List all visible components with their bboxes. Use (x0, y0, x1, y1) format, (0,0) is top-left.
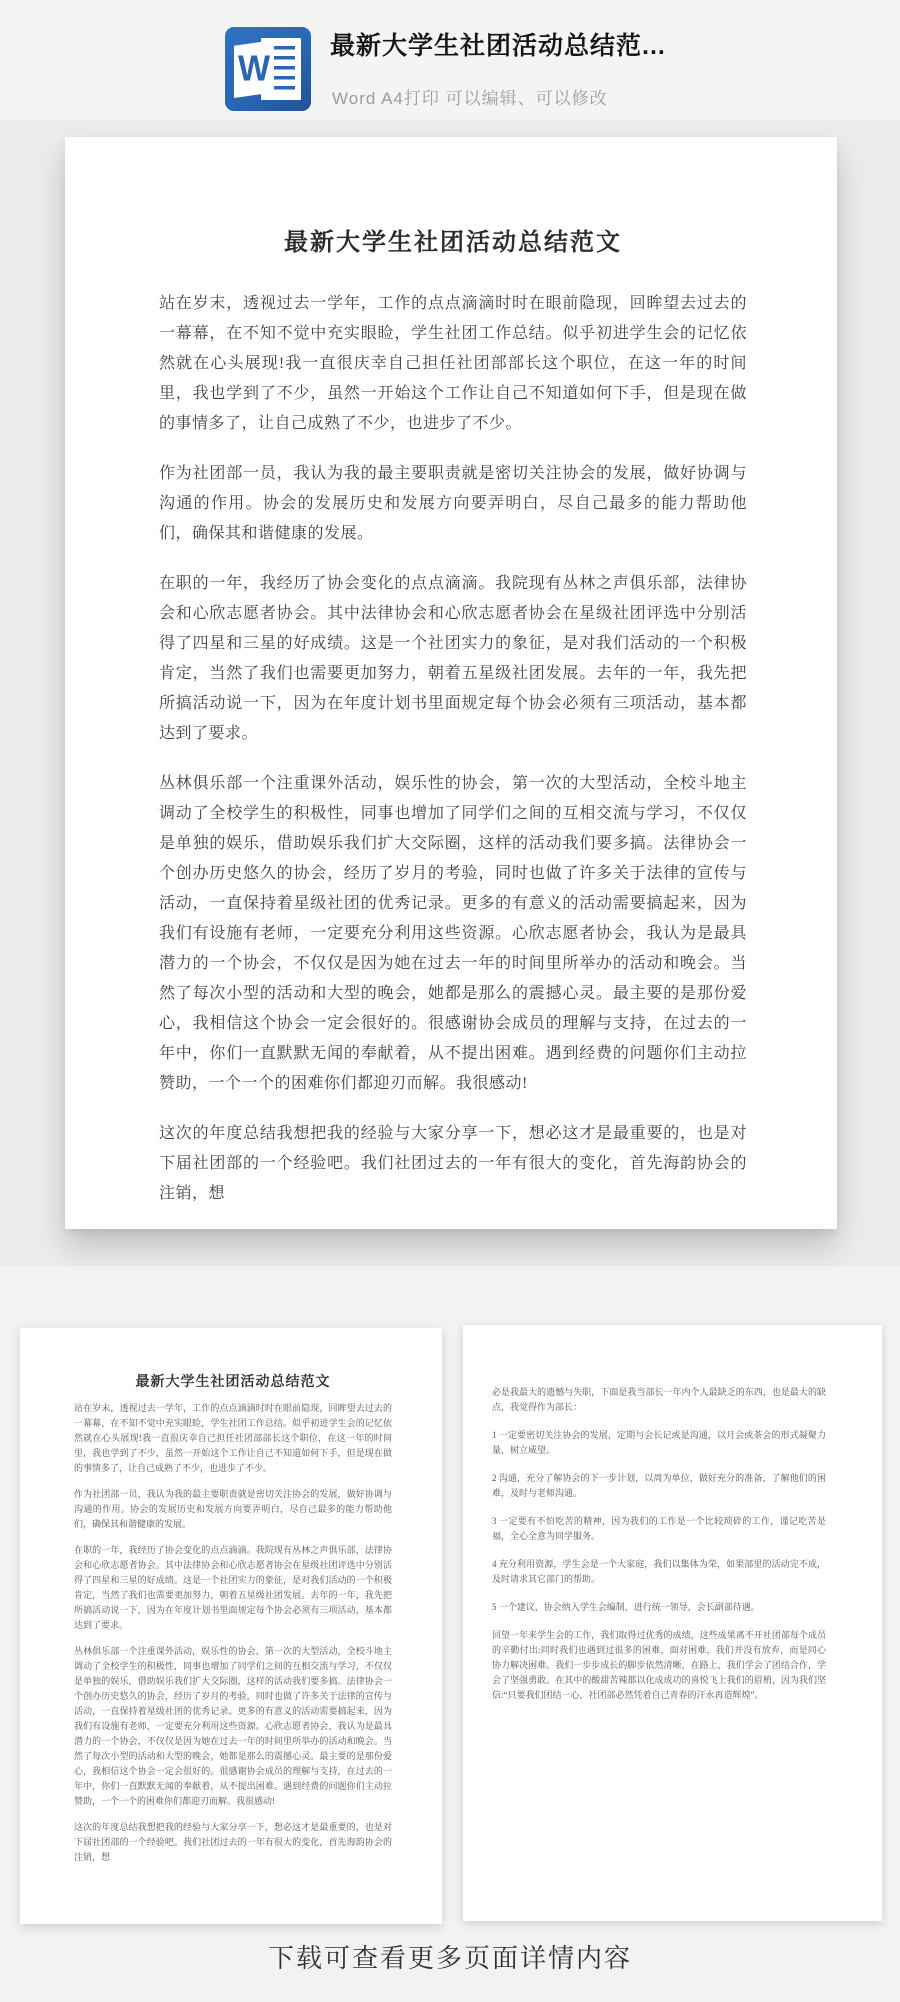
page-1-large-preview: 最新大学生社团活动总结范文 站在岁末，透视过去一学年，工作的点点滴滴时时在眼前隐… (65, 137, 837, 1229)
page-2-thumbnail-content: 必是我最大的遗憾与失职，下面是我当部长一年内个人最缺乏的东西，也是最大的缺点，我… (463, 1325, 882, 1703)
paragraph: 这次的年度总结我想把我的经验与大家分享一下，想必这才是最重要的，也是对下届社团部… (74, 1820, 392, 1865)
paragraph: 5 一个建议，协会纳入学生会编制，进行统一领导，会长副部待遇。 (492, 1600, 826, 1615)
page-2-thumbnail[interactable]: 必是我最大的遗憾与失职，下面是我当部长一年内个人最缺乏的东西，也是最大的缺点，我… (463, 1325, 882, 1921)
header: W 最新大学生社团活动总结范... Word A4打印 可以编辑、可以修改 (0, 0, 900, 120)
page-2-thumbnail-body: 必是我最大的遗憾与失职，下面是我当部长一年内个人最缺乏的东西，也是最大的缺点，我… (492, 1385, 826, 1703)
thumbnails-section: 最新大学生社团活动总结范文 站在岁末，透视过去一学年，工作的点点滴滴时时在眼前隐… (0, 1266, 900, 2002)
download-hint-text: 下载可查看更多页面详情内容 (0, 1938, 900, 1975)
page-1-thumbnail-title: 最新大学生社团活动总结范文 (74, 1374, 392, 1392)
preview-section: 最新大学生社团活动总结范文 站在岁末，透视过去一学年，工作的点点滴滴时时在眼前隐… (0, 120, 900, 1266)
paragraph: 2 沟通，充分了解协会的下一步计划，以周为单位，做好充分的准备，了解他们的困难，… (492, 1471, 826, 1501)
paragraph: 作为社团部一员，我认为我的最主要职责就是密切关注协会的发展，做好协调与沟通的作用… (74, 1487, 392, 1532)
document-title: 最新大学生社团活动总结范... (330, 26, 666, 62)
paragraph: 4 充分利用资源，学生会是一个大家庭，我们以集体为荣，如果部里的活动完不成，及时… (492, 1557, 826, 1587)
paragraph: 站在岁末，透视过去一学年，工作的点点滴滴时时在眼前隐现，回眸望去过去的一幕幕，在… (159, 289, 747, 439)
word-icon-letter: W (238, 51, 270, 87)
paragraph: 回望一年来学生会的工作，我们取得过优秀的成绩，这些成果离不开社团部每个成员的辛勤… (492, 1628, 826, 1703)
word-icon-folded-page: W (234, 40, 274, 98)
paragraph: 在职的一年，我经历了协会变化的点点滴滴。我院现有丛林之声俱乐部，法律协会和心欣志… (74, 1543, 392, 1633)
page-1-content: 最新大学生社团活动总结范文 站在岁末，透视过去一学年，工作的点点滴滴时时在眼前隐… (65, 137, 837, 1209)
paragraph: 在职的一年，我经历了协会变化的点点滴滴。我院现有丛林之声俱乐部，法律协会和心欣志… (159, 569, 747, 749)
page-1-title: 最新大学生社团活动总结范文 (159, 229, 747, 257)
page-1-thumbnail[interactable]: 最新大学生社团活动总结范文 站在岁末，透视过去一学年，工作的点点滴滴时时在眼前隐… (20, 1328, 442, 1924)
word-file-icon: W (225, 27, 311, 111)
page-1-body: 站在岁末，透视过去一学年，工作的点点滴滴时时在眼前隐现，回眸望去过去的一幕幕，在… (159, 289, 747, 1209)
document-format-subtitle: Word A4打印 可以编辑、可以修改 (332, 84, 608, 109)
page-1-thumbnail-body: 站在岁末，透视过去一学年，工作的点点滴滴时时在眼前隐现，回眸望去过去的一幕幕，在… (74, 1401, 392, 1865)
paragraph: 丛林俱乐部一个注重课外活动，娱乐性的协会，第一次的大型活动，全校斗地主调动了全校… (74, 1644, 392, 1809)
paragraph: 1 一定要密切关注协会的发展，定期与会长记或是沟通，以月会或茶会的形式凝聚力量，… (492, 1428, 826, 1458)
paragraph: 丛林俱乐部一个注重课外活动，娱乐性的协会，第一次的大型活动，全校斗地主调动了全校… (159, 769, 747, 1099)
paragraph: 这次的年度总结我想把我的经验与大家分享一下，想必这才是最重要的，也是对下届社团部… (159, 1119, 747, 1209)
paragraph: 作为社团部一员，我认为我的最主要职责就是密切关注协会的发展，做好协调与沟通的作用… (159, 459, 747, 549)
page-1-thumbnail-content: 最新大学生社团活动总结范文 站在岁末，透视过去一学年，工作的点点滴滴时时在眼前隐… (20, 1328, 442, 1865)
paragraph: 3 一定要有不怕吃苦的精神，因为我们的工作是一个比较琐碎的工作，谨记吃苦是福，全… (492, 1514, 826, 1544)
paragraph: 站在岁末，透视过去一学年，工作的点点滴滴时时在眼前隐现，回眸望去过去的一幕幕，在… (74, 1401, 392, 1476)
paragraph: 必是我最大的遗憾与失职，下面是我当部长一年内个人最缺乏的东西，也是最大的缺点，我… (492, 1385, 826, 1415)
